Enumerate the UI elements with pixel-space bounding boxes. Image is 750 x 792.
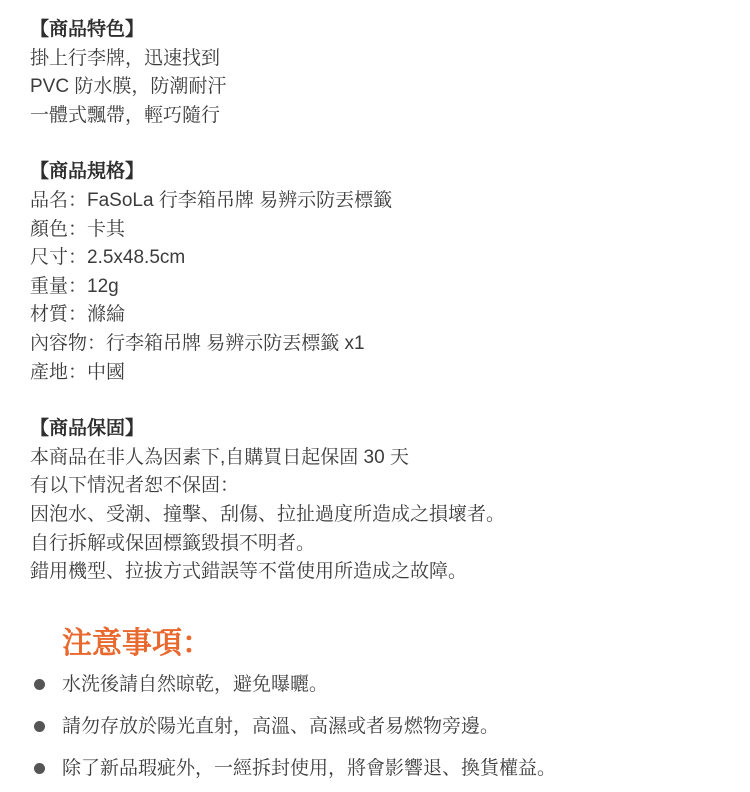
spec-line-color: 顏色：卡其 <box>30 216 730 245</box>
feature-line: PVC 防水膜，防潮耐汗 <box>30 73 730 102</box>
notice-heading: 注意事項： <box>62 624 730 664</box>
section-specs-title: 【商品規格】 <box>30 158 730 187</box>
notice-item: 除了新品瑕疵外，一經拆封使用，將會影響退、換貨權益。 <box>30 748 730 790</box>
bullet-icon <box>34 763 45 774</box>
feature-line: 一體式飄帶，輕巧隨行 <box>30 102 730 131</box>
warranty-line: 本商品在非人為因素下,自購買日起保固 30 天 <box>30 444 730 473</box>
notice-section: 注意事項： 水洗後請自然晾乾，避免曝曬。 請勿存放於陽光直射，高溫、高濕或者易燃… <box>30 624 730 790</box>
warranty-line: 有以下情況者恕不保固： <box>30 472 730 501</box>
section-features-title: 【商品特色】 <box>30 16 730 45</box>
spec-line-contents: 內容物：行李箱吊牌 易辨示防丟標籤 x1 <box>30 330 730 359</box>
product-description-page: 【商品特色】 掛上行李牌，迅速找到 PVC 防水膜，防潮耐汗 一體式飄帶，輕巧隨… <box>0 0 750 792</box>
spec-line-origin: 產地：中國 <box>30 359 730 388</box>
notice-item: 水洗後請自然晾乾，避免曝曬。 <box>30 664 730 706</box>
section-product-warranty: 【商品保固】 本商品在非人為因素下,自購買日起保固 30 天 有以下情況者恕不保… <box>30 415 730 587</box>
spec-line-size: 尺寸：2.5x48.5cm <box>30 244 730 273</box>
spec-line-weight: 重量：12g <box>30 273 730 302</box>
section-product-specs: 【商品規格】 品名：FaSoLa 行李箱吊牌 易辨示防丟標籤 顏色：卡其 尺寸：… <box>30 158 730 387</box>
warranty-line: 因泡水、受潮、撞擊、刮傷、拉扯過度所造成之損壞者。 <box>30 501 730 530</box>
notice-item: 請勿存放於陽光直射，高溫、高濕或者易燃物旁邊。 <box>30 706 730 748</box>
spec-line-name: 品名：FaSoLa 行李箱吊牌 易辨示防丟標籤 <box>30 187 730 216</box>
notice-item-text: 除了新品瑕疵外，一經拆封使用，將會影響退、換貨權益。 <box>62 748 556 790</box>
notice-item-text: 水洗後請自然晾乾，避免曝曬。 <box>62 664 328 706</box>
feature-line: 掛上行李牌，迅速找到 <box>30 45 730 74</box>
section-product-features: 【商品特色】 掛上行李牌，迅速找到 PVC 防水膜，防潮耐汗 一體式飄帶，輕巧隨… <box>30 16 730 130</box>
spec-line-material: 材質：滌綸 <box>30 301 730 330</box>
section-warranty-title: 【商品保固】 <box>30 415 730 444</box>
notice-item-text: 請勿存放於陽光直射，高溫、高濕或者易燃物旁邊。 <box>62 706 499 748</box>
bullet-icon <box>34 679 45 690</box>
warranty-line: 錯用機型、拉拔方式錯誤等不當使用所造成之故障。 <box>30 558 730 587</box>
warranty-line: 自行拆解或保固標籤毀損不明者。 <box>30 530 730 559</box>
bullet-icon <box>34 721 45 732</box>
